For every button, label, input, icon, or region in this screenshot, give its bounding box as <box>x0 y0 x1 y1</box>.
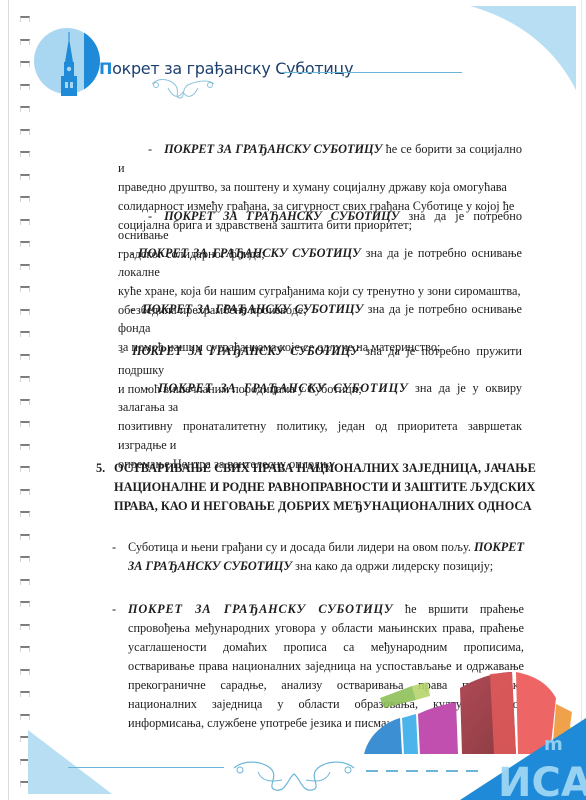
section-heading-line: ПРАВА, КАО И НЕГОВАЊЕ ДОБРИХ МЕЂУНАЦИОНА… <box>114 497 536 516</box>
footer-flourish-icon <box>232 758 356 794</box>
text-line: куће хране, која би нашим суграђанима ко… <box>118 284 521 298</box>
dash: - <box>120 342 124 361</box>
brand-name: ПОКРЕТ ЗА ГРАЂАНСКУ СУБОТИЦУ <box>164 142 382 156</box>
brand-name: ПОКРЕТ ЗА ГРАЂАНСКУ СУБОТИЦУ <box>132 344 359 358</box>
text-line: позитивну пронаталитетну политику, један… <box>118 419 522 452</box>
dash: - <box>146 379 150 398</box>
dash: - <box>130 244 134 263</box>
bullet-text: Суботица и њени грађани су и досада били… <box>128 540 474 554</box>
footer-rule <box>68 767 224 768</box>
svg-text:ИСА: ИСА <box>498 760 586 800</box>
text-line: праведно друштво, за поштену и хуману со… <box>118 180 507 194</box>
dash: - <box>130 300 134 319</box>
dash: - <box>148 140 152 159</box>
brand-name: ПОКРЕТ ЗА ГРАЂАНСКУ СУБОТИЦУ <box>138 246 361 260</box>
bullet-dash: - <box>112 600 116 619</box>
dash: - <box>148 207 152 226</box>
section-heading: 5. ОСТВАРИВАЊЕ СВИХ ПРАВА НАЦИОНАЛНИХ ЗА… <box>96 459 536 516</box>
brand-name: ПОКРЕТ ЗА ГРАЂАНСКУ СУБОТИЦУ <box>142 302 363 316</box>
brand-name: ПОКРЕТ ЗА ГРАЂАНСКУ СУБОТИЦУ <box>128 602 393 616</box>
brand-name: ПОКРЕТ ЗА ГРАЂАНСКУ СУБОТИЦУ <box>158 381 408 395</box>
watermark-logo: m ИСА <box>360 668 586 800</box>
brand-name: ПОКРЕТ ЗА ГРАЂАНСКУ СУБОТИЦУ <box>164 209 399 223</box>
svg-text:m: m <box>544 734 563 755</box>
bullet-text: зна како да одржи лидерску позицију; <box>292 559 493 573</box>
section-heading-line: ОСТВАРИВАЊЕ СВИХ ПРАВА НАЦИОНАЛНИХ ЗАЈЕД… <box>114 459 536 478</box>
section-heading-line: НАЦИОНАЛНЕ И РОДНЕ РАВНОПРАВНОСТИ И ЗАШТ… <box>114 478 536 497</box>
bullet-leadership: Суботица и њени грађани су и досада били… <box>128 538 524 576</box>
footer-corner-decoration <box>28 730 112 794</box>
section-number: 5. <box>96 459 105 478</box>
bullet-dash: - <box>112 538 116 557</box>
